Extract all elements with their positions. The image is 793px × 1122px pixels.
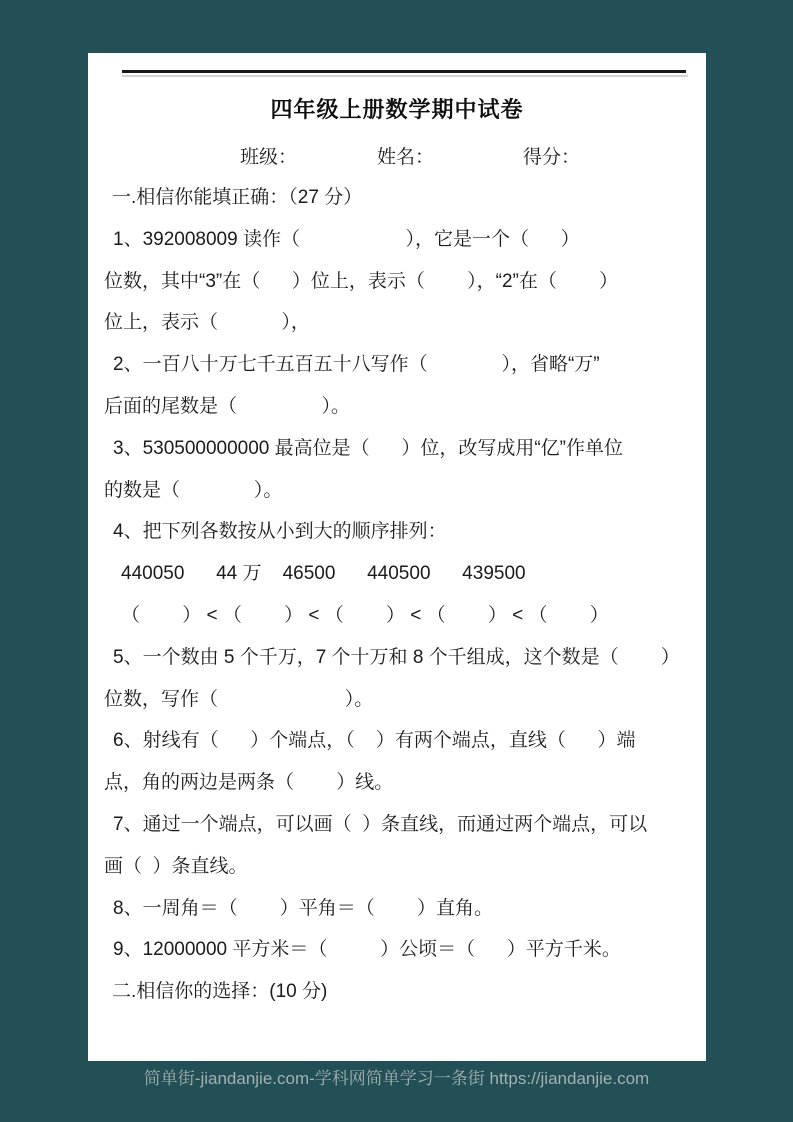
question-2-line-2: 后面的尾数是（ ）。 [104, 386, 700, 428]
document-page: 四年级上册数学期中试卷 班级： 姓名： 得分： 一.相信你能填正确：（27 分）… [88, 53, 706, 1061]
section-2-heading: 二.相信你的选择：(10 分) [104, 971, 700, 1013]
question-2-line-1: 2、一百八十万七千五百五十八写作（ ），省略“万” [104, 344, 700, 386]
document-title: 四年级上册数学期中试卷 [88, 95, 706, 125]
question-3-line-1: 3、530500000000 最高位是（ ）位，改写成用“亿”作单位 [104, 428, 700, 470]
question-4-blanks: （ ） < （ ） < （ ） < （ ） < （ ） [104, 595, 700, 637]
question-1-line-1: 1、392008009 读作（ ），它是一个（ ） [104, 219, 700, 261]
question-6-line-1: 6、射线有（ ）个端点，（ ）有两个端点，直线（ ）端 [104, 720, 700, 762]
header-fields-row: 班级： 姓名： 得分： [240, 144, 580, 172]
header-rule-shadow [122, 75, 688, 77]
score-field-label: 得分： [523, 144, 580, 172]
question-4-numbers: 440050 44 万 46500 440500 439500 [104, 553, 700, 595]
question-1-line-2: 位数，其中“3”在（ ）位上，表示（ ），“2”在（ ） [104, 261, 700, 303]
section-1-heading: 一.相信你能填正确：（27 分） [104, 177, 700, 219]
class-field-label: 班级： [240, 144, 297, 172]
question-1-line-3: 位上，表示（ ）， [104, 302, 700, 344]
viewer-background: 四年级上册数学期中试卷 班级： 姓名： 得分： 一.相信你能填正确：（27 分）… [0, 0, 793, 1122]
question-5-line-2: 位数，写作（ ）。 [104, 679, 700, 721]
question-4-line-1: 4、把下列各数按从小到大的顺序排列： [104, 511, 700, 553]
site-watermark: 简单街-jiandanjie.com-学科网简单学习一条街 https://ji… [0, 1063, 793, 1095]
question-7-line-2: 画（ ）条直线。 [104, 846, 700, 888]
question-6-line-2: 点，角的两边是两条（ ）线。 [104, 762, 700, 804]
question-9-line-1: 9、12000000 平方米＝（ ）公顷＝（ ）平方千米。 [104, 929, 700, 971]
question-7-line-1: 7、通过一个端点，可以画（ ）条直线，而通过两个端点，可以 [104, 804, 700, 846]
header-rule [122, 70, 686, 73]
exam-body: 一.相信你能填正确：（27 分） 1、392008009 读作（ ），它是一个（… [104, 177, 700, 1013]
question-8-line-1: 8、一周角＝（ ）平角＝（ ）直角。 [104, 888, 700, 930]
name-field-label: 姓名： [377, 144, 434, 172]
question-3-line-2: 的数是（ ）。 [104, 470, 700, 512]
question-5-line-1: 5、一个数由 5 个千万，7 个十万和 8 个千组成，这个数是（ ） [104, 637, 700, 679]
